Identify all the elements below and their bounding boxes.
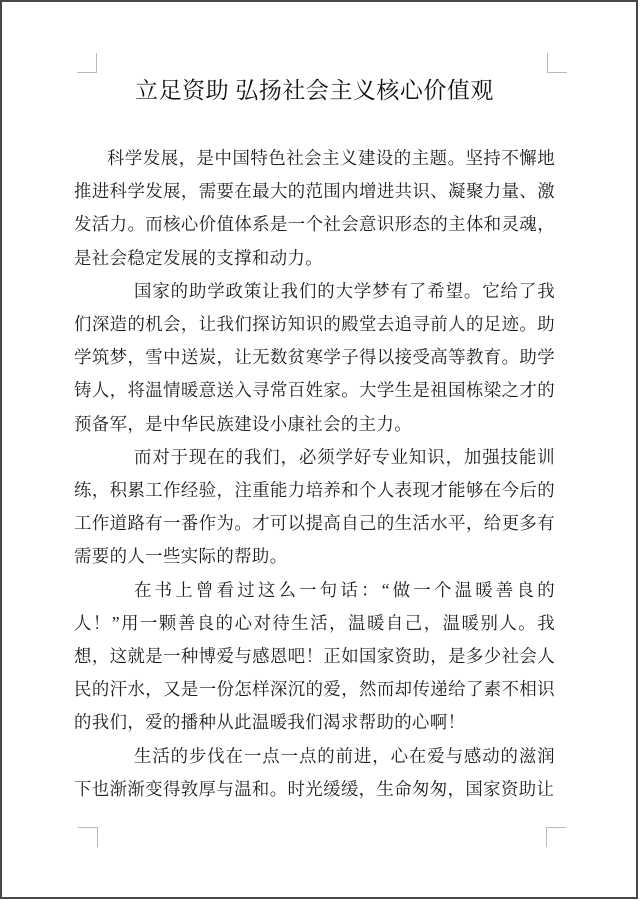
margin-crop-mark-bottom-left (78, 827, 98, 847)
paragraph-1: 科学发展，是中国特色社会主义建设的主题。坚持不懈地推进科学发展，需要在最大的范围… (74, 142, 555, 275)
document-body: 科学发展，是中国特色社会主义建设的主题。坚持不懈地推进科学发展，需要在最大的范围… (74, 142, 555, 806)
margin-crop-mark-top-left (77, 53, 97, 73)
paragraph-2: 国家的助学政策让我们的大学梦有了希望。它给了我们深造的机会，让我们探访知识的殿堂… (74, 275, 555, 441)
paragraph-4: 在书上曾看过这么一句话：“做一个温暖善良的人！”用一颗善良的心对待生活，温暖自己… (74, 574, 555, 740)
document-title: 立足资助 弘扬社会主义核心价值观 (74, 72, 555, 105)
margin-crop-mark-bottom-right (546, 827, 566, 847)
paragraph-3: 而对于现在的我们，必须学好专业知识，加强技能训练，积累工作经验，注重能力培养和个… (74, 441, 555, 574)
paragraph-5-truncated: 生活的步伐在一点一点的前进，心在爱与感动的滋润下也渐渐变得敦厚与温和。时光缓缓，… (74, 740, 555, 806)
margin-crop-mark-top-right (547, 53, 567, 73)
document-page: 立足资助 弘扬社会主义核心价值观 科学发展，是中国特色社会主义建设的主题。坚持不… (0, 0, 638, 899)
